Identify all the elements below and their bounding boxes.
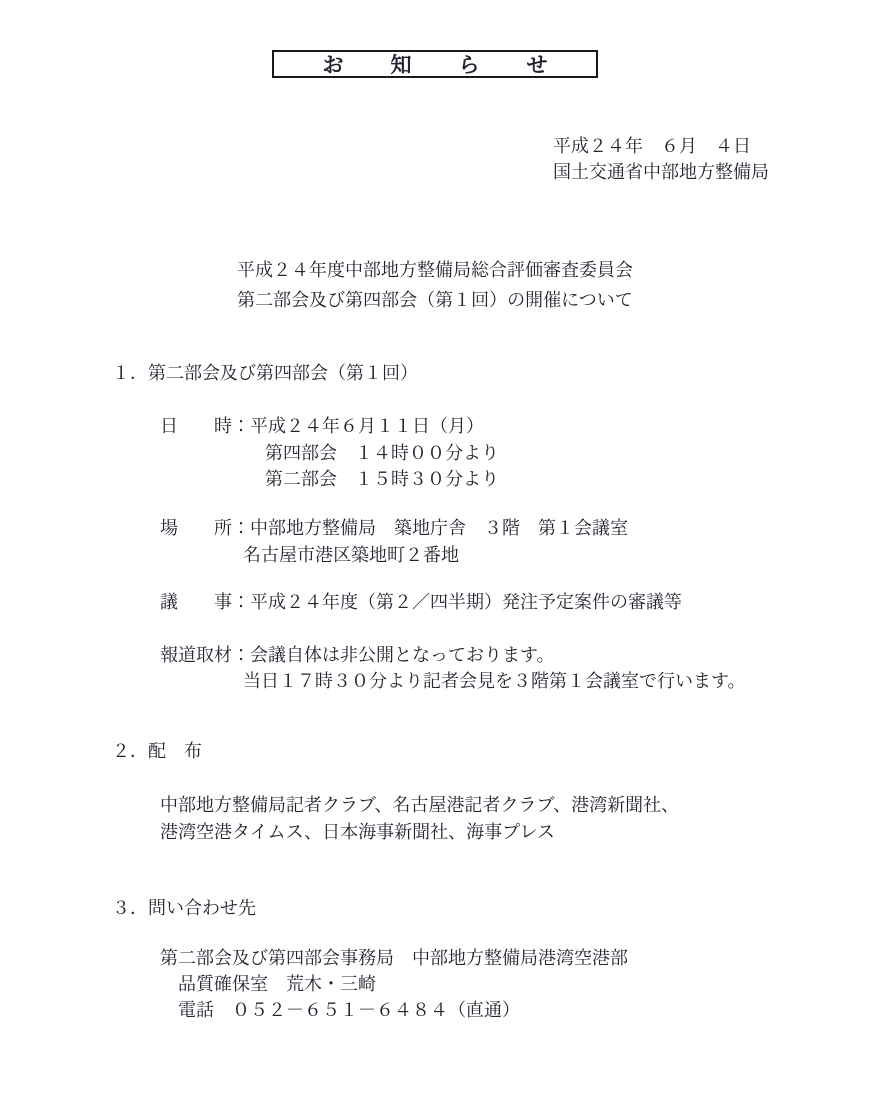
place-value: 中部地方整備局 築地庁舎 ３階 第１会議室 — [250, 518, 628, 538]
place-label: 場 所： — [160, 518, 250, 538]
notice-document-page: お 知 ら せ 平成２４年 ６月 ４日 国土交通省中部地方整備局 平成２４年度中… — [0, 0, 870, 1119]
section2-heading: ２．配 布 — [112, 741, 202, 761]
notice-title: お 知 ら せ — [310, 49, 561, 79]
meeting-datetime-row: 日 時：平成２４年６月１１日（月） — [160, 416, 484, 436]
press-conference-line: 当日１７時３０分より記者会見を３階第１会議室で行います。 — [243, 671, 746, 691]
notice-title-box: お 知 ら せ — [272, 50, 598, 78]
agenda-label: 議 事： — [160, 592, 250, 612]
datetime-subcommittee4-time: 第四部会 １４時００分より — [265, 443, 499, 463]
issuing-organization: 国土交通省中部地方整備局 — [553, 162, 769, 182]
place-address-line: 名古屋市港区築地町２番地 — [243, 545, 459, 565]
press-coverage-row: 報道取材：会議自体は非公開となっております。 — [160, 645, 555, 665]
section3-heading: ３．問い合わせ先 — [112, 898, 256, 918]
datetime-subcommittee2-time: 第二部会 １５時３０分より — [265, 469, 499, 489]
datetime-value: 平成２４年６月１１日（月） — [250, 416, 484, 436]
meeting-place-row: 場 所：中部地方整備局 築地庁舎 ３階 第１会議室 — [160, 518, 628, 538]
issue-date: 平成２４年 ６月 ４日 — [553, 136, 751, 156]
contact-office-line: 第二部会及び第四部会事務局 中部地方整備局港湾空港部 — [160, 948, 628, 968]
section1-heading: １．第二部会及び第四部会（第１回） — [112, 363, 418, 383]
meeting-agenda-row: 議 事：平成２４年度（第２／四半期）発注予定案件の審議等 — [160, 592, 682, 612]
document-title-line1: 平成２４年度中部地方整備局総合評価審査委員会 — [0, 260, 870, 280]
contact-phone-line: 電話 ０５２－６５１－６４８４（直通） — [178, 1000, 520, 1020]
agenda-value: 平成２４年度（第２／四半期）発注予定案件の審議等 — [250, 592, 682, 612]
document-title-line2: 第二部会及び第四部会（第１回）の開催について — [0, 290, 870, 310]
press-value: 会議自体は非公開となっております。 — [250, 645, 555, 665]
datetime-label: 日 時： — [160, 416, 250, 436]
contact-person-line: 品質確保室 荒木・三崎 — [178, 974, 376, 994]
distribution-list-line2: 港湾空港タイムス、日本海事新聞社、海事プレス — [160, 822, 555, 842]
press-label: 報道取材： — [160, 645, 250, 665]
distribution-list-line1: 中部地方整備局記者クラブ、名古屋港記者クラブ、港湾新聞社、 — [160, 795, 679, 815]
